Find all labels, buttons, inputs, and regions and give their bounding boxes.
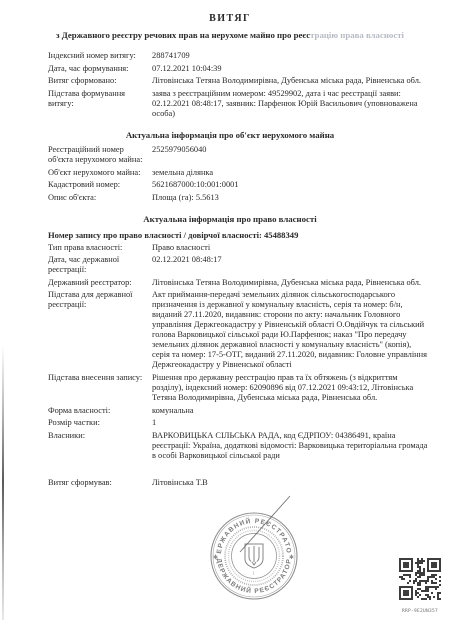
field-value: Літовінська Тетяна Володимирівна, Дубенс… [152,76,430,86]
field-value: земельна ділянка [152,168,430,178]
field-label: Розмір частки: [48,418,152,428]
row-object-reg-number: Реєстраційний номер об'єкта нерухомого м… [48,145,430,165]
seal-star-left: ✱ [213,554,218,561]
ownership-record-number-line: Номер запису про право власності / довір… [48,230,430,240]
field-label: Кадастровий номер: [48,180,152,190]
row-state-reg-datetime: Дата, час державної реєстрації: 02.12.20… [48,255,430,275]
field-label: Підстава внесення запису: [48,373,152,403]
row-index-number: Індексний номер витягу: 288741709 [48,51,430,61]
seal-star-right: ✱ [289,554,294,561]
seal-number: 1 [253,571,255,576]
row-ownership-form: Форма власності: комунальна [48,406,430,416]
row-record-entry-basis: Підстава внесення запису: Рішення про де… [48,373,430,403]
row-share-size: Розмір частки: 1 [48,418,430,428]
qr-block: RRP-9E2UN357 [394,556,446,614]
row-owners: Власники: ВАРКОВИЦЬКА СІЛЬСЬКА РАДА, код… [48,431,430,461]
subtitle-faded-text: трацію права власності [310,30,404,40]
trident-icon [245,544,263,568]
svg-text:ДЕРЖАВНИЙ РЕЄСТРАТОР: ДЕРЖАВНИЙ РЕЄСТРАТОР [203,503,292,554]
field-label: Державний реєстратор: [48,278,152,288]
field-label: Опис об'єкта: [48,193,152,203]
field-label: Підстава для державної реєстрації: [48,290,152,370]
field-label: Витяг сформовано: [48,76,152,86]
field-value: заява з реєстраційним номером: 49529902,… [152,89,430,119]
field-label: Індексний номер витягу: [48,51,152,61]
field-value: 2525979056040 [152,145,430,165]
section-title-ownership-info: Актуальна інформація про право власності [0,214,460,225]
qr-code [397,556,443,602]
field-value: 1 [152,418,430,428]
qr-caption: RRP-9E2UN357 [394,609,446,614]
row-formation-basis: Підстава формування витягу: заява з реєс… [48,89,430,119]
row-ownership-type: Тип права власності: Право власності [48,243,430,253]
field-value: Рішення про державну реєстрацію прав та … [152,373,430,403]
field-value: Літовінська Тетяна Володимирівна, Дубенс… [152,278,430,288]
field-label: Дата, час державної реєстрації: [48,255,152,275]
field-label: Об'єкт нерухомого майна: [48,168,152,178]
row-formation-datetime: Дата, час формування: 07.12.2021 10:04:3… [48,64,430,74]
scan-edge-artifact [2,345,4,620]
field-label: Витяг сформував: [48,478,152,488]
document-subtitle: з Державного реєстру речових прав на нер… [0,30,460,41]
row-state-reg-basis: Підстава для державної реєстрації: Акт п… [48,290,430,370]
field-label: Тип права власності: [48,243,152,253]
document-title: ВИТЯГ [0,13,460,24]
field-value: ВАРКОВИЦЬКА СІЛЬСЬКА РАДА, код ЄДРПОУ: 0… [152,431,430,461]
row-formed-by: Витяг сформовано: Літовінська Тетяна Вол… [48,76,430,86]
row-object-type: Об'єкт нерухомого майна: земельна ділянк… [48,168,430,178]
field-value: 5621687000:10:001:0001 [152,180,430,190]
field-value: 07.12.2021 10:04:39 [152,64,430,74]
field-label: Реєстраційний номер об'єкта нерухомого м… [48,145,152,165]
field-label: Підстава формування витягу: [48,89,152,119]
field-label: Форма власності: [48,406,152,416]
row-state-registrar: Державний реєстратор: Літовінська Тетяна… [48,278,430,288]
state-registrar-seal: ДЕРЖАВНИЙ РЕЄСТРАТОР ДЕРЖАВНИЙ РЕЄСТРАТО… [206,508,302,604]
field-label: Дата, час формування: [48,64,152,74]
seal-text-top: ДЕРЖАВНИЙ РЕЄСТРАТОР [203,503,292,554]
field-value: Літовінська Т.В [152,478,430,488]
row-object-description: Опис об'єкта: Площа (га): 5.5613 [48,193,430,203]
section-title-object-info: Актуальна інформація про об'єкт нерухомо… [0,130,460,141]
subtitle-dark-text: з Державного реєстру речових прав на нер… [56,30,310,40]
field-value: 288741709 [152,51,430,61]
field-value: Право власності [152,243,430,253]
field-label: Власники: [48,431,152,461]
row-cadastral-number: Кадастровий номер: 5621687000:10:001:000… [48,180,430,190]
row-extract-author: Витяг сформував: Літовінська Т.В [48,478,430,488]
field-value: Площа (га): 5.5613 [152,193,430,203]
field-value: Акт приймання-передачі земельних ділянок… [152,290,430,370]
field-value: комунальна [152,406,430,416]
field-value: 02.12.2021 08:48:17 [152,255,430,275]
